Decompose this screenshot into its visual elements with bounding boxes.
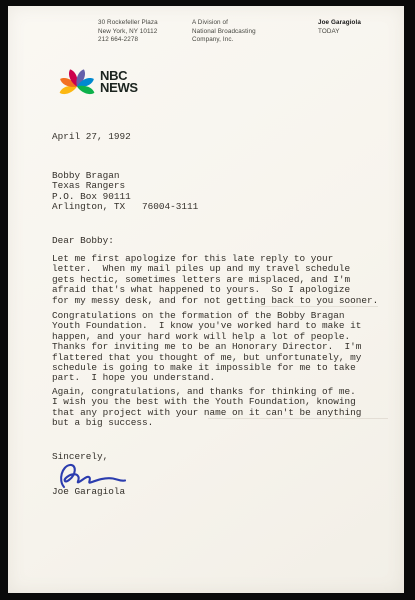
letterhead-person-name: Joe Garagiola bbox=[318, 19, 361, 28]
letterhead-person-show: TODAY bbox=[318, 28, 361, 37]
paragraph-1: Let me first apologize for this late rep… bbox=[52, 254, 378, 306]
nbc-peacock-icon bbox=[57, 66, 97, 97]
paragraph-3: Again, congratulations, and thanks for t… bbox=[52, 387, 361, 429]
letterhead-division: A Division of National Broadcasting Comp… bbox=[192, 19, 256, 45]
scanned-letter-photo: { "scan": { "border_color": "#0a0a0a", "… bbox=[0, 0, 415, 600]
paragraph-2: Congratulations on the formation of the … bbox=[52, 311, 361, 384]
salutation: Dear Bobby: bbox=[52, 236, 114, 246]
nbc-news-wordmark: NBC NEWS bbox=[100, 70, 138, 93]
scan-crease bbox=[258, 306, 378, 307]
letterhead-address: 30 Rockefeller Plaza New York, NY 10112 … bbox=[98, 19, 158, 45]
typed-signature-name: Joe Garagiola bbox=[52, 487, 125, 497]
recipient-address: Bobby Bragan Texas Rangers P.O. Box 9011… bbox=[52, 171, 198, 213]
nbc-peacock-logo bbox=[57, 66, 97, 97]
letterhead-person: Joe Garagiola TODAY bbox=[318, 19, 361, 36]
letter-date: April 27, 1992 bbox=[52, 132, 131, 142]
letter-paper: 30 Rockefeller Plaza New York, NY 10112 … bbox=[8, 6, 404, 593]
scan-crease bbox=[208, 418, 388, 419]
